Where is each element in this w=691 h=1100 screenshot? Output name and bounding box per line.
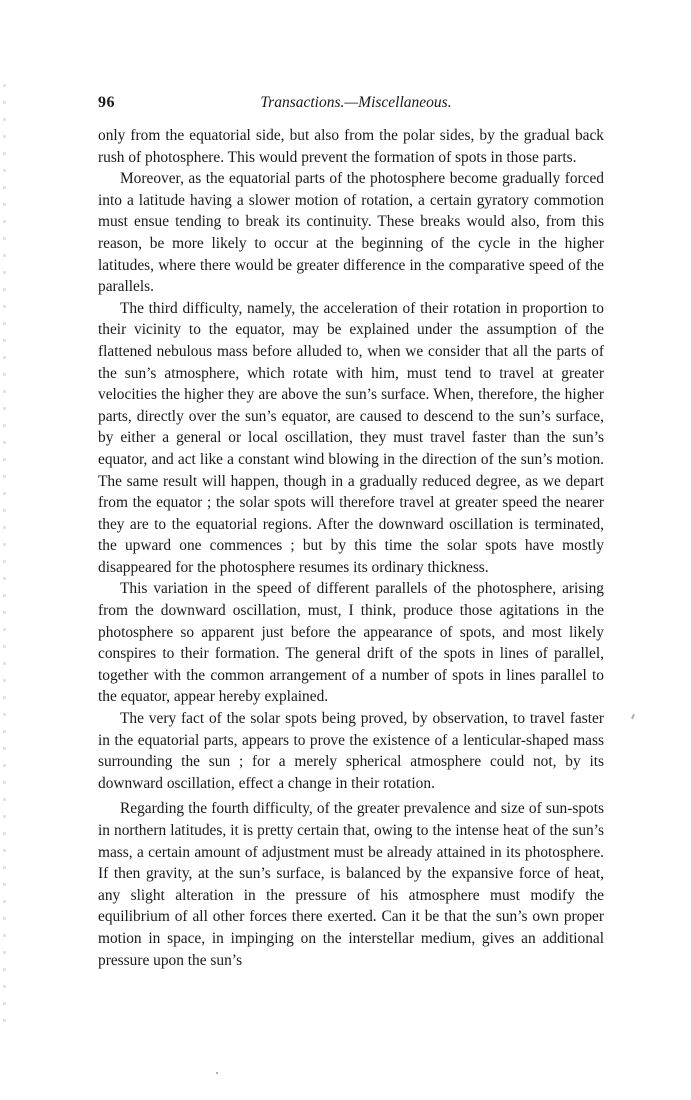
running-head: Transactions.—Miscellaneous. xyxy=(98,94,604,112)
stray-mark xyxy=(216,1072,218,1074)
paragraph-1: only from the equatorial side, but also … xyxy=(98,125,604,168)
paragraph-2: Moreover, as the equatorial parts of the… xyxy=(98,168,604,298)
stray-mark xyxy=(631,714,635,719)
body-text: only from the equatorial side, but also … xyxy=(98,125,604,971)
scan-edge-artifact xyxy=(3,70,6,1030)
page-header: 96 Transactions.—Miscellaneous. xyxy=(98,94,604,116)
paragraph-3: The third difficulty, namely, the accele… xyxy=(98,298,604,579)
paragraph-6: Regarding the fourth difficulty, of the … xyxy=(98,798,604,971)
document-page: 96 Transactions.—Miscellaneous. only fro… xyxy=(0,0,691,1100)
paragraph-4: This variation in the speed of different… xyxy=(98,578,604,708)
paragraph-5: The very fact of the solar spots being p… xyxy=(98,708,604,794)
